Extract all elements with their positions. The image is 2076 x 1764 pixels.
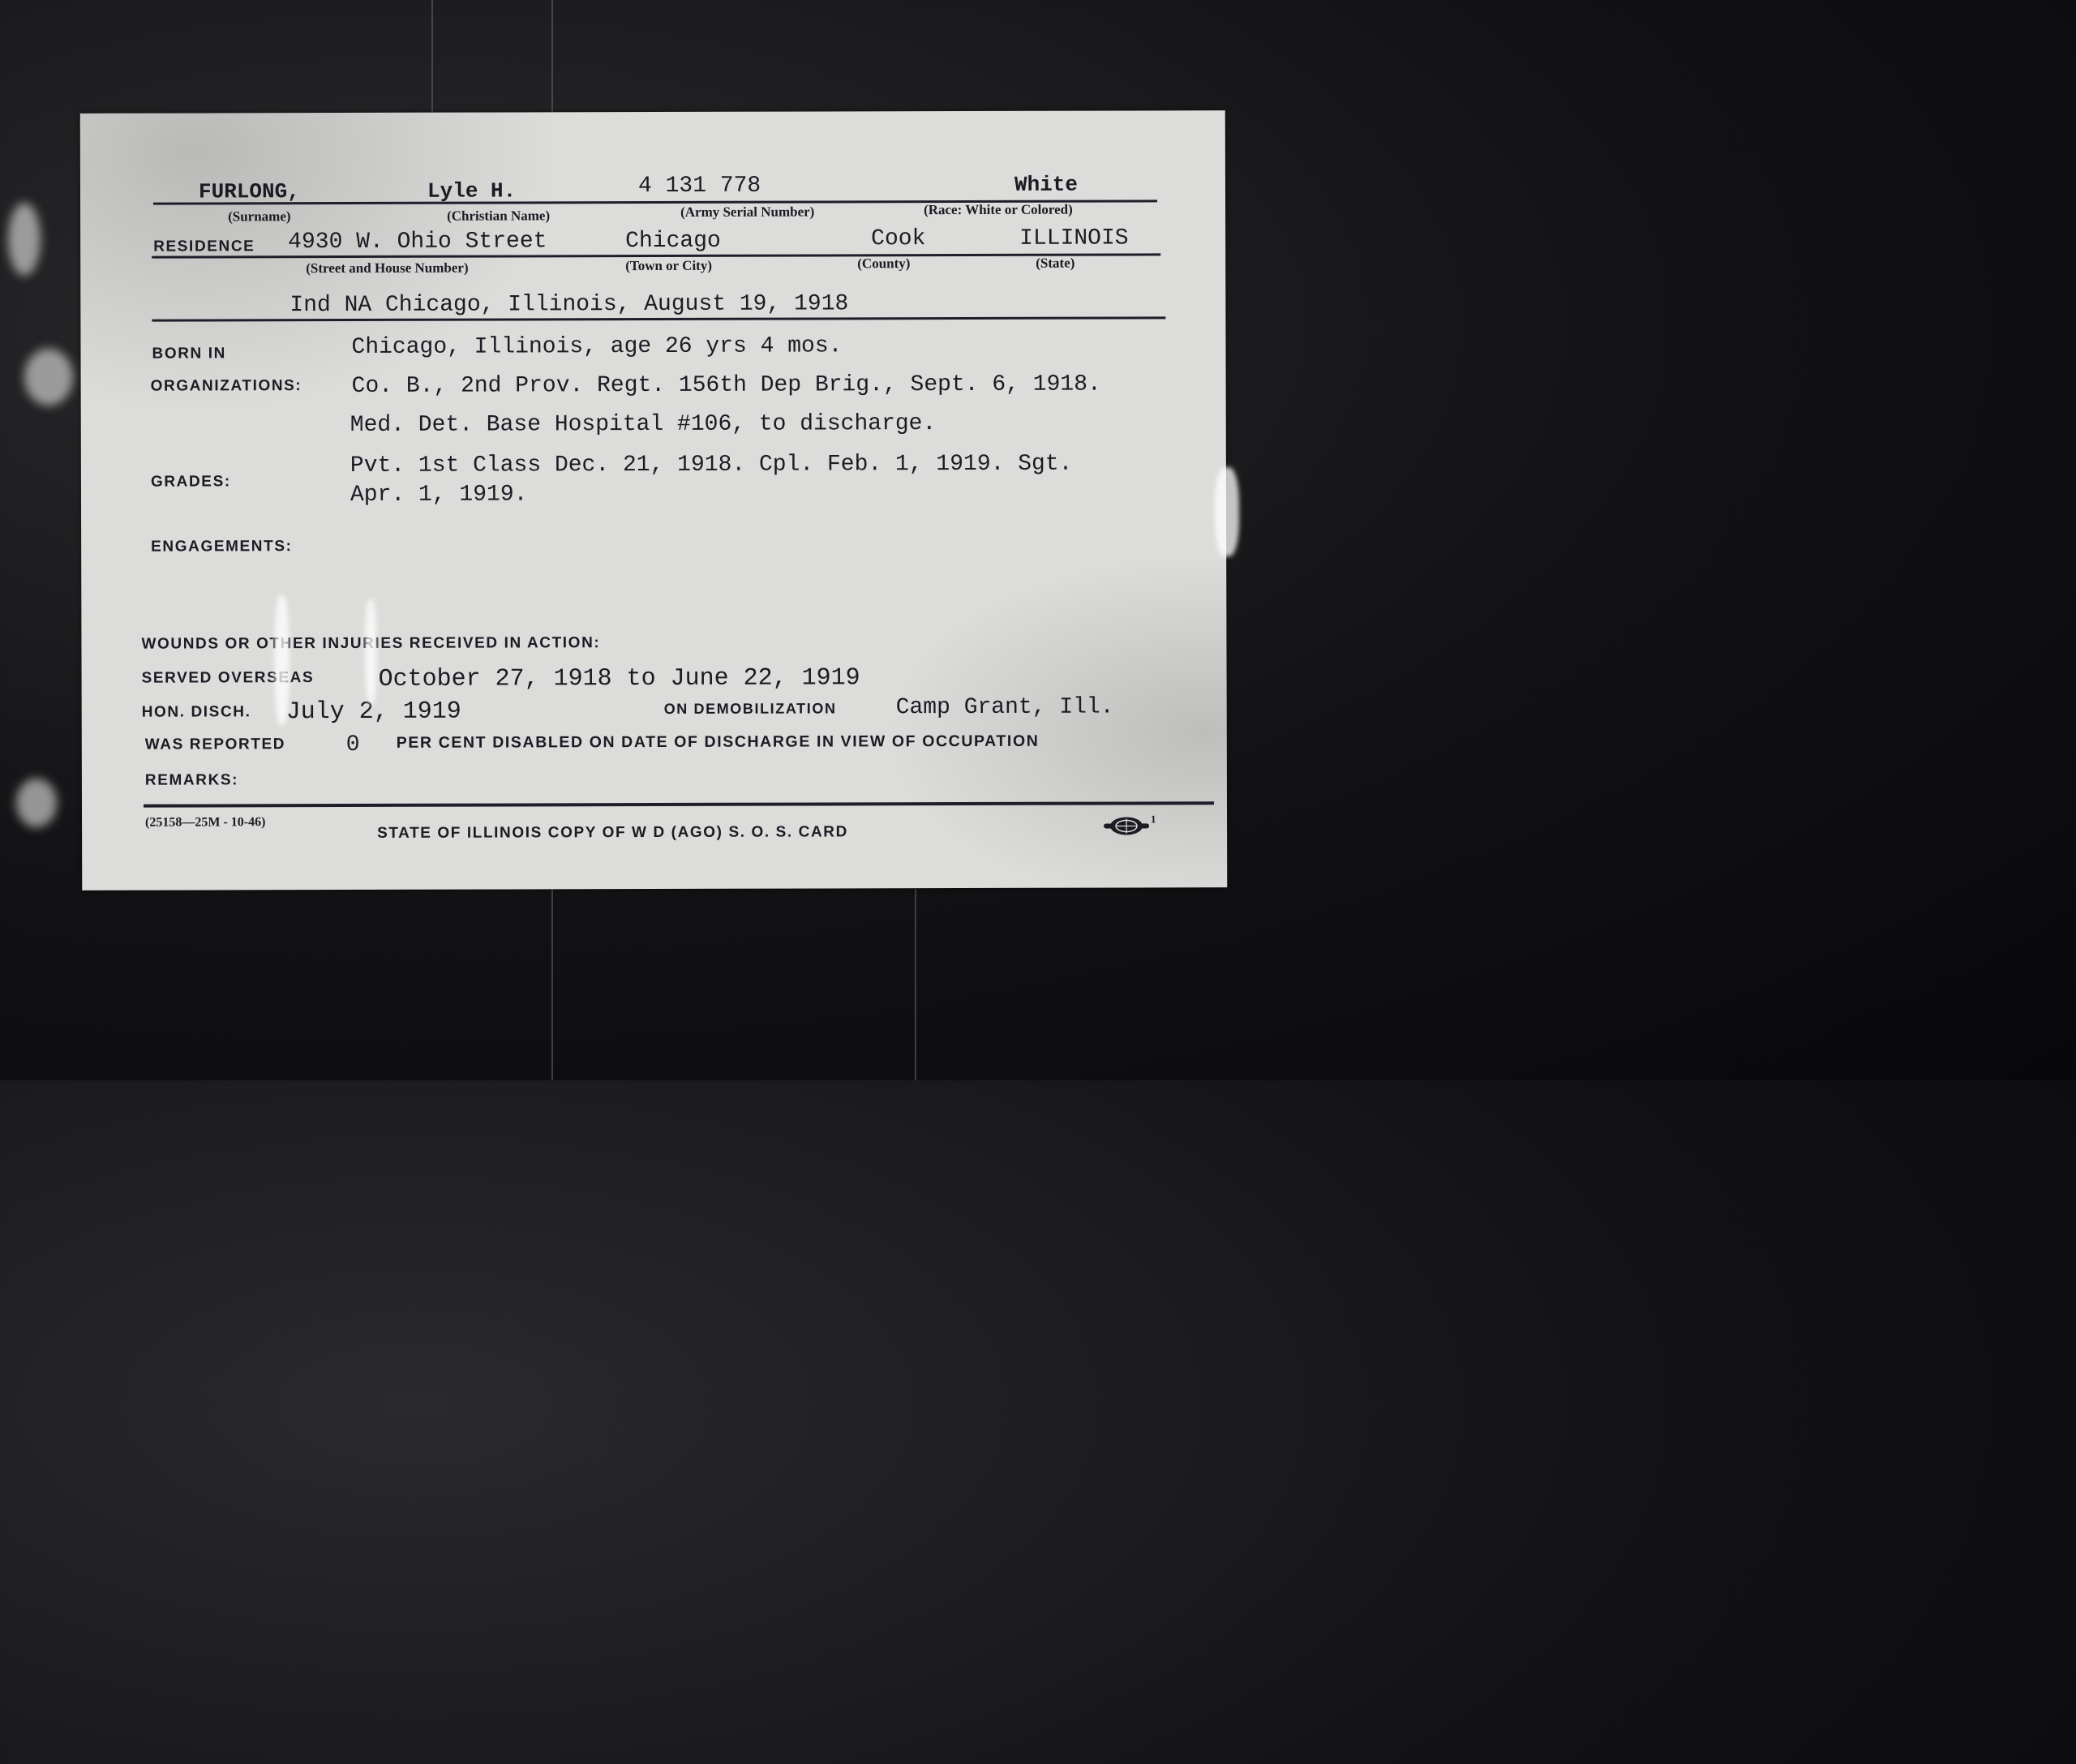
- serial-caption: (Army Serial Number): [680, 204, 814, 220]
- demobilization-label: ON DEMOBILIZATION: [664, 700, 837, 718]
- christian-name-caption: (Christian Name): [447, 208, 550, 224]
- organization-line: Co. B., 2nd Prov. Regt. 156th Dep Brig.,…: [352, 372, 1101, 399]
- grades-line: Apr. 1, 1919.: [350, 482, 528, 508]
- plastic-glare: [365, 599, 376, 705]
- born-in-label: BORN IN: [152, 345, 225, 363]
- race-value: White: [1014, 173, 1078, 197]
- plastic-glare: [16, 779, 57, 827]
- plastic-glare: [8, 203, 41, 276]
- sleeve-seam: [915, 889, 916, 1080]
- grades-label: GRADES:: [151, 473, 231, 491]
- plastic-glare: [274, 595, 289, 725]
- hon-disch-label: HON. DISCH.: [142, 703, 251, 721]
- was-reported-label: WAS REPORTED: [145, 736, 285, 753]
- disabled-percent-value: 0: [346, 732, 360, 758]
- footer-title: STATE OF ILLINOIS COPY OF W D (AGO) S. O…: [377, 823, 848, 843]
- disabled-text: PER CENT DISABLED ON DATE OF DISCHARGE I…: [397, 732, 1040, 753]
- surname-caption: (Surname): [228, 208, 291, 225]
- remarks-label: REMARKS:: [145, 771, 238, 789]
- grades-line: Pvt. 1st Class Dec. 21, 1918. Cpl. Feb. …: [350, 452, 1073, 479]
- plastic-glare: [24, 349, 73, 406]
- christian-name-value: Lyle H.: [427, 178, 516, 203]
- service-record-card: FURLONG, Lyle H. 4 131 778 White (Surnam…: [80, 110, 1228, 891]
- town-value: Chicago: [625, 229, 721, 254]
- union-label-number: 1: [1151, 813, 1156, 826]
- union-label-icon: 1: [1100, 814, 1157, 837]
- demobilization-value: Camp Grant, Ill.: [896, 695, 1114, 721]
- organization-line: Med. Det. Base Hospital #106, to dischar…: [350, 411, 937, 438]
- induction-value: Ind NA Chicago, Illinois, August 19, 191…: [290, 291, 848, 318]
- engagements-label: ENGAGEMENTS:: [151, 538, 292, 556]
- state-value: ILLINOIS: [1019, 225, 1129, 251]
- organizations-label: ORGANIZATIONS:: [151, 377, 302, 395]
- born-in-value: Chicago, Illinois, age 26 yrs 4 mos.: [351, 333, 842, 360]
- plastic-glare: [1215, 467, 1239, 556]
- race-caption: (Race: White or Colored): [924, 202, 1073, 218]
- surname-value: FURLONG,: [199, 179, 300, 204]
- footer-rule: [144, 801, 1214, 807]
- serial-number-value: 4 131 778: [638, 174, 761, 199]
- residence-label: RESIDENCE: [153, 238, 255, 255]
- sleeve-seam: [431, 0, 433, 114]
- sleeve-seam: [551, 889, 553, 1080]
- form-number: (25158—25M - 10-46): [145, 815, 265, 830]
- street-caption: (Street and House Number): [306, 260, 468, 277]
- sleeve-seam: [551, 0, 553, 114]
- state-caption: (State): [1036, 255, 1074, 272]
- county-value: Cook: [871, 226, 925, 251]
- street-value: 4930 W. Ohio Street: [288, 229, 547, 255]
- served-overseas-value: October 27, 1918 to June 22, 1919: [379, 664, 860, 693]
- town-caption: (Town or City): [625, 258, 712, 274]
- county-caption: (County): [857, 255, 910, 272]
